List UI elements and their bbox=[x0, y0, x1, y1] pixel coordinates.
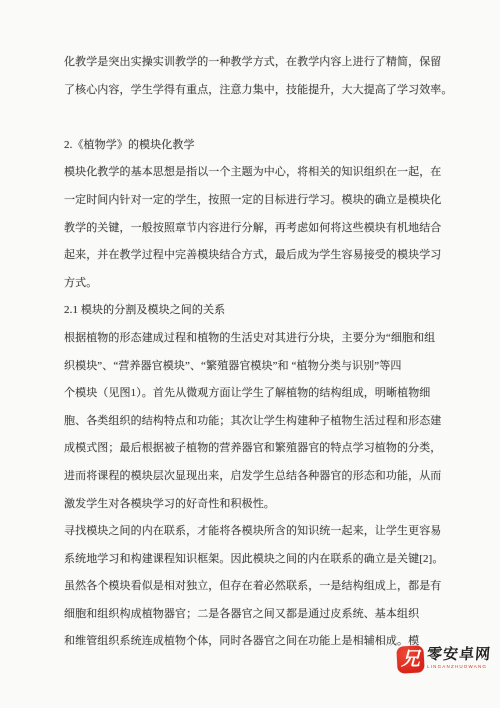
text-line: 胞、各类组织的结构特点和功能；其次让学生构建种子植物生活过程和形态建 bbox=[64, 408, 442, 436]
text-line: 一定时间内针对一定的学生，按照一定的目标进行学习。模块的确立是模块化 bbox=[64, 187, 442, 215]
text-line: 进而将课程的模块层次显现出来，启发学生总结各种器官的形态和功能，从而 bbox=[64, 463, 442, 491]
section-heading: 2.《植物学》的模块化教学 bbox=[64, 132, 442, 160]
section-heading: 2.1 模块的分割及模块之间的关系 bbox=[64, 297, 442, 325]
text-line: 根据植物的形态建成过程和植物的生活史对其进行分块，主要分为“细胞和组 bbox=[64, 325, 442, 353]
text-line: 和维管组织系统连成植物个体，同时各器官之间在功能上是相辅相成。模 bbox=[64, 628, 442, 656]
seal-character: 兄 bbox=[401, 650, 420, 669]
site-seal-icon: 兄 bbox=[396, 645, 424, 673]
text-line: 了核心内容，学生学得有重点，注意力集中，技能提升，大大提高了学习效率。 bbox=[64, 77, 442, 105]
site-name: 零安卓网 bbox=[426, 648, 491, 664]
text-line: 系统地学习和构建课程知识框架。因此模块之间的内在联系的确立是关键[2]。 bbox=[64, 546, 442, 574]
text-line: 寻找模块之间的内在联系，才能将各模块所含的知识统一起来，让学生更容易 bbox=[64, 518, 442, 546]
text-line: 成模式图；最后根据被子植物的营养器官和繁殖器官的特点学习植物的分类， bbox=[64, 435, 442, 463]
text-line: 细胞和组织构成植物器官；二是各器官之间又都是通过皮系统、基本组织 bbox=[64, 601, 442, 629]
document-text: 化教学是突出实操实训教学的一种教学方式，在教学内容上进行了精简，保留 了核心内容… bbox=[64, 49, 442, 656]
text-line: 教学的关键，一般按照章节内容进行分解，再考虑如何将这些模块有机地结合 bbox=[64, 215, 442, 243]
text-line: 方式。 bbox=[64, 270, 442, 298]
document-page: 化教学是突出实操实训教学的一种教学方式，在教学内容上进行了精简，保留 了核心内容… bbox=[0, 0, 500, 708]
site-tagline: LINGANZHUOWANG bbox=[427, 664, 487, 670]
watermark-logo: 兄 零安卓网 LINGANZHUOWANG bbox=[397, 646, 491, 673]
text-line: 化教学是突出实操实训教学的一种教学方式，在教学内容上进行了精简，保留 bbox=[64, 49, 442, 77]
watermark-text: 零安卓网 LINGANZHUOWANG bbox=[427, 648, 491, 670]
text-line: 起来，并在教学过程中完善模块结合方式，最后成为学生容易接受的模块学习 bbox=[64, 242, 442, 270]
text-line: 织模块”、“营养器官模块”、“繁殖器官模块”和 “植物分类与识别”等四 bbox=[64, 353, 442, 381]
text-line: 激发学生对各模块学习的好奇性和积极性。 bbox=[64, 491, 442, 519]
text-line: 虽然各个模块看似是相对独立，但存在着必然联系，一是结构组成上，都是有 bbox=[64, 573, 442, 601]
text-line: 个模块（见图1）。首先从微观方面让学生了解植物的结构组成，明晰植物细 bbox=[64, 380, 442, 408]
text-line: 模块化教学的基本思想是指以一个主题为中心，将相关的知识组织在一起，在 bbox=[64, 159, 442, 187]
